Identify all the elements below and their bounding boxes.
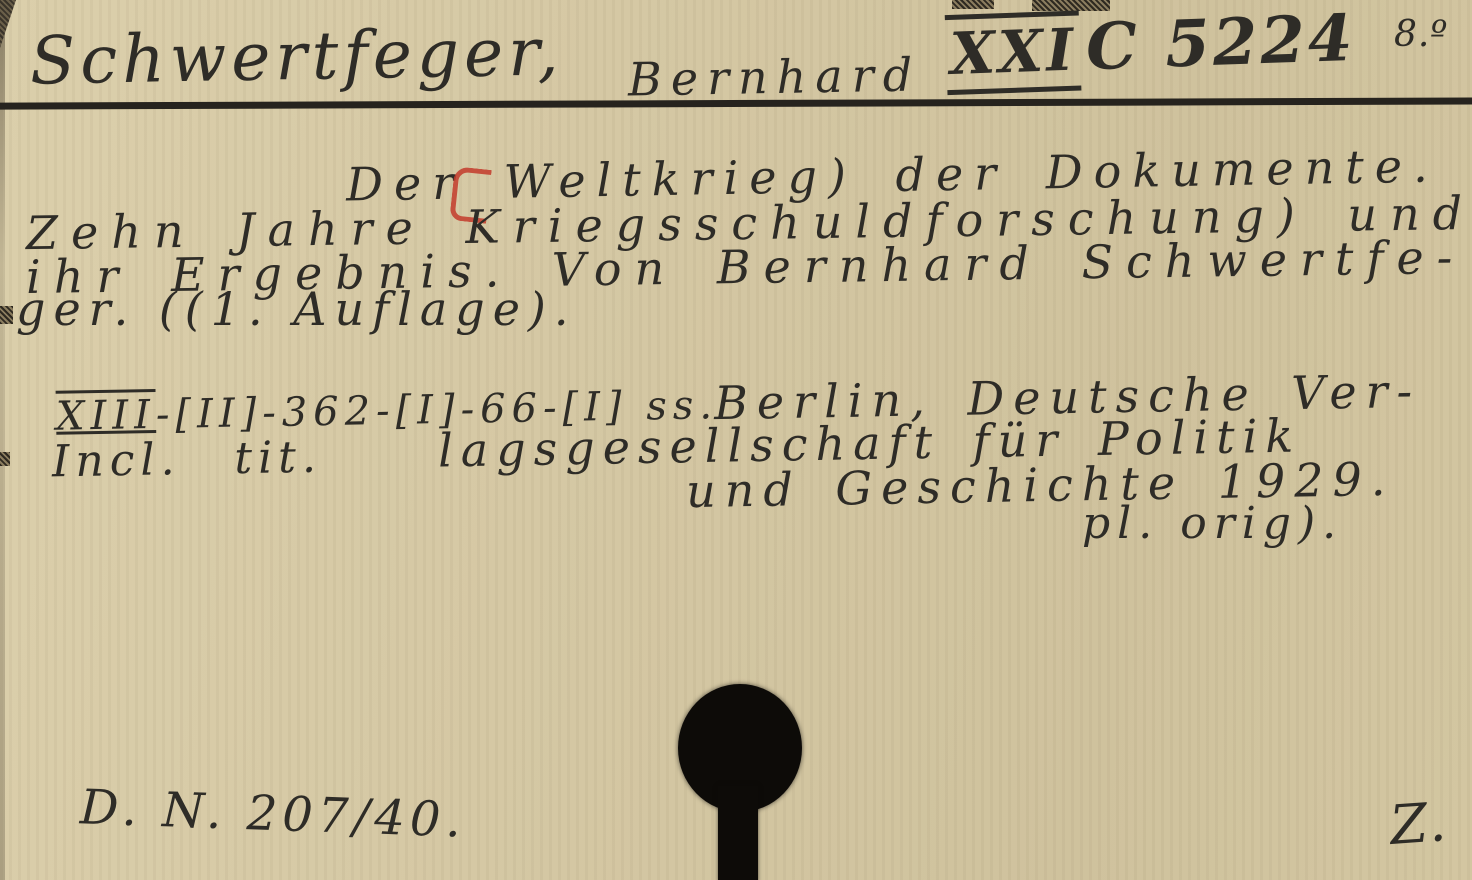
collation-note: Incl. tit. <box>52 432 323 488</box>
imprint-line-4: pl. orig). <box>1082 498 1343 549</box>
scan-top-artifact <box>952 0 994 9</box>
call-number-shelf: C 5224 <box>1085 1 1357 85</box>
scan-corner-artifact <box>0 0 16 48</box>
format-notation: 8.º <box>1394 14 1448 55</box>
title-line-4: ger. ((1. Auflage). <box>16 282 577 336</box>
pagination-roman-prefix: XIII <box>56 392 157 440</box>
catalog-card: Schwertfeger, Bernhard XXIC 5224 8.º Der… <box>0 0 1472 880</box>
cataloguer-initial: Z. <box>1388 790 1450 857</box>
accession-number: D. N. 207/40. <box>79 779 467 848</box>
scan-left-artifact <box>0 452 10 466</box>
header-rule <box>0 97 1472 109</box>
punch-hole-slot <box>718 786 758 880</box>
author-forename: Bernhard <box>628 47 922 106</box>
call-number-class-mark: XXI <box>945 10 1082 95</box>
author-surname: Schwertfeger, <box>29 13 564 99</box>
scan-left-artifact <box>0 306 13 324</box>
scan-left-edge <box>0 0 5 880</box>
call-number: XXIC 5224 <box>945 1 1357 95</box>
